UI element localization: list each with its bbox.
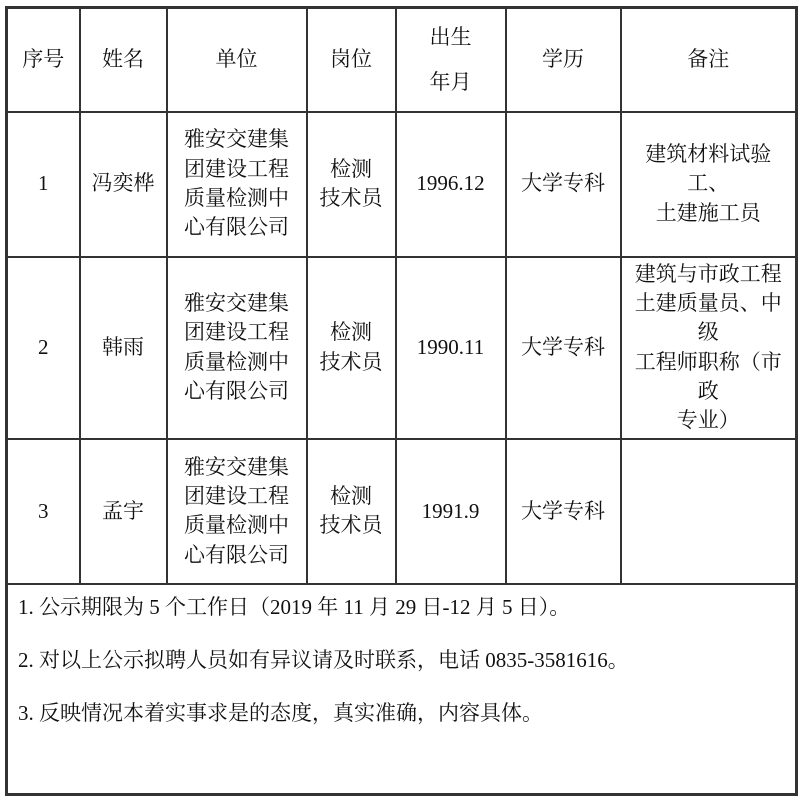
announcement-table: 序号 姓名 单位 岗位 出生 年月 学历 备注 1 冯奕桦 雅安交建集 团建设工…	[5, 6, 798, 796]
header-remark: 备注	[621, 8, 797, 112]
table-row: 3 孟宇 雅安交建集 团建设工程 质量检测中 心有限公司 检测 技术员 1991…	[7, 439, 797, 584]
cell-remark: 建筑材料试验工、 土建施工员	[621, 112, 797, 257]
table-header-row: 序号 姓名 单位 岗位 出生 年月 学历 备注	[7, 8, 797, 112]
header-education: 学历	[506, 8, 621, 112]
table-row: 1 冯奕桦 雅安交建集 团建设工程 质量检测中 心有限公司 检测 技术员 199…	[7, 112, 797, 257]
cell-position: 检测 技术员	[307, 439, 396, 584]
cell-no: 3	[7, 439, 80, 584]
cell-birth-date: 1996.12	[396, 112, 506, 257]
header-birth-date: 出生 年月	[396, 8, 506, 112]
cell-name: 冯奕桦	[80, 112, 167, 257]
header-unit: 单位	[167, 8, 307, 112]
cell-unit: 雅安交建集 团建设工程 质量检测中 心有限公司	[167, 112, 307, 257]
note-line-3: 3. 反映情况本着实事求是的态度，真实准确，内容具体。	[18, 701, 783, 726]
cell-education: 大学专科	[506, 439, 621, 584]
header-no: 序号	[7, 8, 80, 112]
document-page: 序号 姓名 单位 岗位 出生 年月 学历 备注 1 冯奕桦 雅安交建集 团建设工…	[0, 0, 800, 764]
cell-birth-date: 1991.9	[396, 439, 506, 584]
cell-name: 韩雨	[80, 257, 167, 439]
table-row: 2 韩雨 雅安交建集 团建设工程 质量检测中 心有限公司 检测 技术员 1990…	[7, 257, 797, 439]
note-line-1: 1. 公示期限为 5 个工作日（2019 年 11 月 29 日-12 月 5 …	[18, 595, 783, 620]
cell-remark: 建筑与市政工程 土建质量员、中级 工程师职称（市政 专业）	[621, 257, 797, 439]
cell-no: 1	[7, 112, 80, 257]
notes-cell: 1. 公示期限为 5 个工作日（2019 年 11 月 29 日-12 月 5 …	[7, 584, 797, 795]
cell-education: 大学专科	[506, 112, 621, 257]
cell-no: 2	[7, 257, 80, 439]
cell-unit: 雅安交建集 团建设工程 质量检测中 心有限公司	[167, 439, 307, 584]
header-name: 姓名	[80, 8, 167, 112]
note-line-2: 2. 对以上公示拟聘人员如有异议请及时联系，电话 0835-3581616。	[18, 648, 783, 673]
cell-name: 孟宇	[80, 439, 167, 584]
cell-education: 大学专科	[506, 257, 621, 439]
header-position: 岗位	[307, 8, 396, 112]
cell-birth-date: 1990.11	[396, 257, 506, 439]
table-notes-row: 1. 公示期限为 5 个工作日（2019 年 11 月 29 日-12 月 5 …	[7, 584, 797, 795]
cell-position: 检测 技术员	[307, 257, 396, 439]
cell-unit: 雅安交建集 团建设工程 质量检测中 心有限公司	[167, 257, 307, 439]
cell-position: 检测 技术员	[307, 112, 396, 257]
cell-remark	[621, 439, 797, 584]
